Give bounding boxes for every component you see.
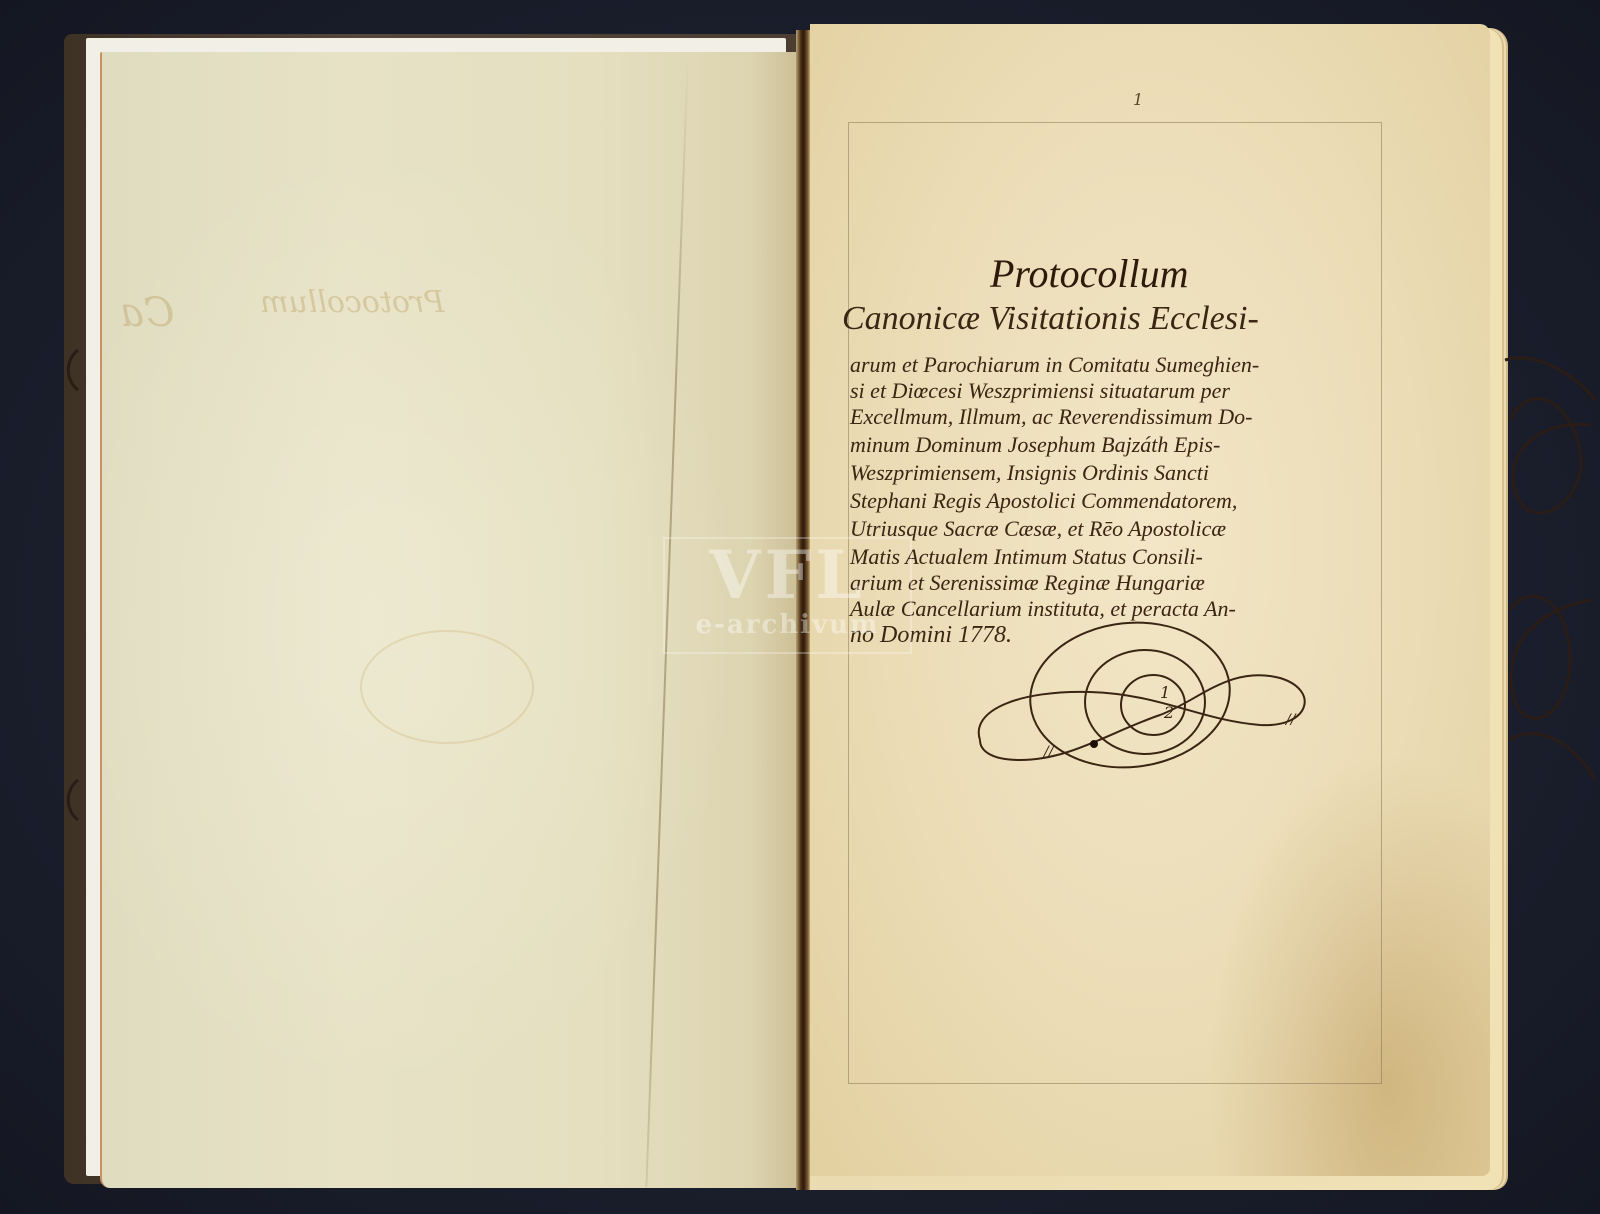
manuscript-line-1: Canonicæ Visitationis Ecclesi- [842,300,1259,338]
flourish-mark-4: // [1042,744,1055,760]
left-binding-strings-icon [60,330,80,830]
manuscript-line-3: si et Diœcesi Weszprimiensi situatarum p… [850,378,1230,404]
manuscript-title: Protocollum [990,250,1189,297]
watermark-subtitle: e-archivum [665,611,910,639]
binding-strings-icon [1500,340,1600,800]
watermark-logo-text: VFL [665,539,910,611]
flourish-mark-1: 1 [1160,683,1170,702]
flourish-mark-2: 2 [1163,703,1174,722]
calligraphic-flourish-icon: 1 2 // // [960,620,1320,770]
manuscript-line-6: Weszprimiensem, Insignis Ordinis Sancti [850,460,1209,486]
manuscript-line-5: minum Dominum Josephum Bajzáth Epis- [850,432,1220,458]
manuscript-line-4: Excellmum, Illmum, ac Reverendissimum Do… [850,404,1252,430]
ink-bleed-through-title: Protocollum [260,285,445,320]
manuscript-line-2: arum et Parochiarum in Comitatu Sumeghie… [850,352,1259,378]
archive-watermark: VFL e-archivum [663,537,912,654]
ink-bleed-through-flourish [360,630,534,744]
manuscript-title-text: Protocollum [990,251,1189,296]
flourish-mark-3: // [1284,712,1297,728]
ink-bleed-through: Ca [120,290,174,336]
manuscript-line-7: Stephani Regis Apostolici Commendatorem, [850,488,1237,514]
page-number: 1 [1133,90,1143,109]
